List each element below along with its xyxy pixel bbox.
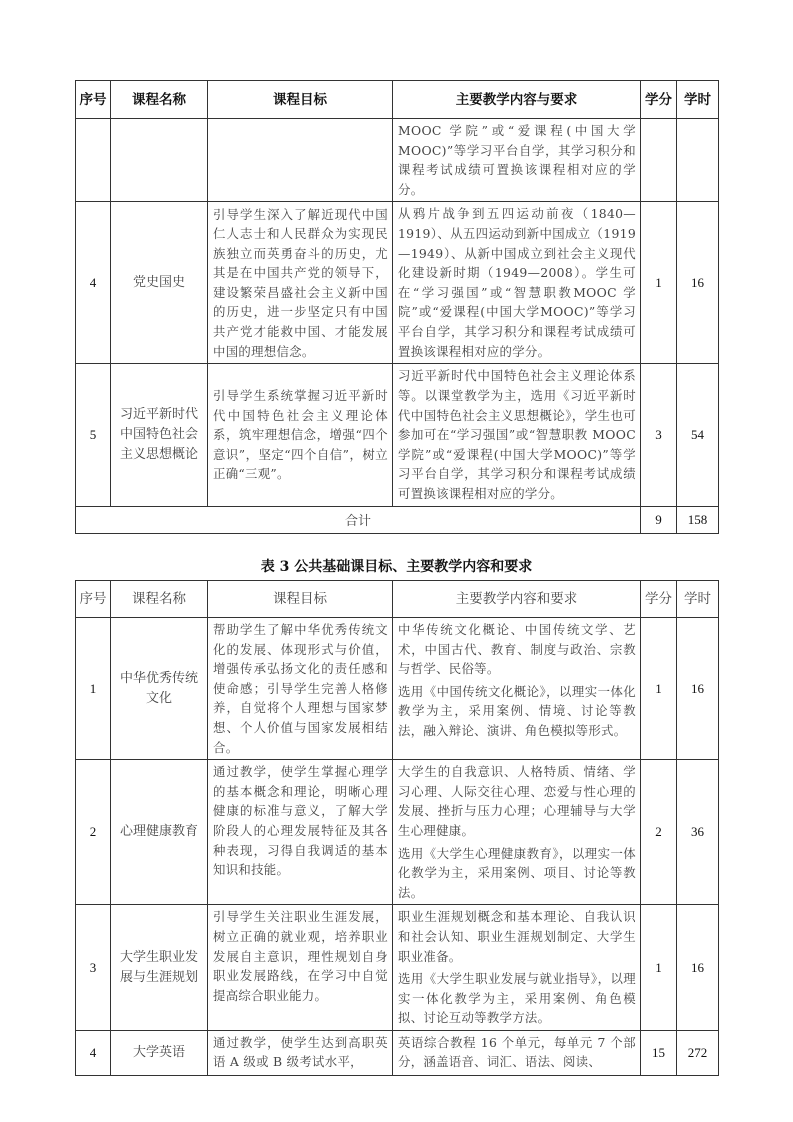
cell-seq: 1 (76, 618, 111, 760)
total-hours: 158 (677, 506, 719, 533)
table-row: 4 大学英语 通过教学，使学生达到高职英语 A 级或 B 级考试水平， 英语综合… (76, 1030, 719, 1075)
content-paragraph: 职业生涯规划概念和基本理论、自我认识和社会认知、职业生涯规划制定、大学生职业准备… (398, 907, 636, 966)
cell-content: 大学生的自我意识、人格特质、情绪、学习心理、人际交往心理、恋爱与性心理的发展、挫… (393, 760, 641, 905)
table-row: 2 心理健康教育 通过教学，使学生掌握心理学的基本概念和理论，明晰心理健康的标准… (76, 760, 719, 905)
cell-seq: 5 (76, 364, 111, 506)
cell-course-name: 党史国史 (111, 202, 208, 364)
cell-hours: 16 (677, 905, 719, 1031)
cell-course-goal: 引导学生关注职业生涯发展，树立正确的就业观，培养职业发展自主意识，理性规划自身职… (208, 905, 393, 1031)
table-caption: 表 3 公共基础课目标、主要教学内容和要求 (0, 556, 793, 576)
table-row: 5 习近平新时代中国特色社会主义思想概论 引导学生系统掌握习近平新时代中国特色社… (76, 364, 719, 506)
cell-content: MOOC 学院”或“爱课程(中国大学MOOC)”等学习平台自学，其学习积分和课程… (393, 119, 641, 202)
cell-hours: 36 (677, 760, 719, 905)
cell-credit: 15 (641, 1030, 677, 1075)
table-course-goals-continued: 序号 课程名称 课程目标 主要教学内容与要求 学分 学时 MOOC 学院”或“爱… (75, 80, 719, 534)
header-seq: 序号 (76, 81, 111, 119)
cell-course-name: 大学生职业发展与生涯规划 (111, 905, 208, 1031)
header-hours: 学时 (677, 581, 719, 618)
cell-seq: 3 (76, 905, 111, 1031)
table-row: 3 大学生职业发展与生涯规划 引导学生关注职业生涯发展，树立正确的就业观，培养职… (76, 905, 719, 1031)
cell-seq: 4 (76, 1030, 111, 1075)
cell-seq: 4 (76, 202, 111, 364)
table-header-row: 序号 课程名称 课程目标 主要教学内容和要求 学分 学时 (76, 581, 719, 618)
cell-course-goal: 通过教学，使学生达到高职英语 A 级或 B 级考试水平， (208, 1030, 393, 1075)
table-total-row: 合计 9 158 (76, 506, 719, 533)
total-label: 合计 (76, 506, 641, 533)
header-course-name: 课程名称 (111, 81, 208, 119)
table-header-row: 序号 课程名称 课程目标 主要教学内容与要求 学分 学时 (76, 81, 719, 119)
content-paragraph: 中华传统文化概论、中国传统文学、艺术，中国古代、教育、制度与政治、宗教与哲学、民… (398, 620, 636, 679)
cell-seq: 2 (76, 760, 111, 905)
content-paragraph: 选用《大学生职业发展与就业指导》，以理实一体化教学为主，采用案例、角色模拟、讨论… (398, 969, 636, 1028)
cell-course-goal: 帮助学生了解中华优秀传统文化的发展、体现形式与价值，增强传承弘扬文化的责任感和使… (208, 618, 393, 760)
cell-course-goal: 引导学生深入了解近现代中国仁人志士和人民群众为实现民族独立而英勇奋斗的历史，尤其… (208, 202, 393, 364)
cell-course-name (111, 119, 208, 202)
content-paragraph: 英语综合教程 16 个单元，每单元 7 个部分，涵盖语音、词汇、语法、阅读、 (398, 1033, 636, 1072)
header-seq: 序号 (76, 581, 111, 618)
cell-course-name: 大学英语 (111, 1030, 208, 1075)
cell-content: 英语综合教程 16 个单元，每单元 7 个部分，涵盖语音、词汇、语法、阅读、 (393, 1030, 641, 1075)
cell-credit (641, 119, 677, 202)
cell-course-name: 习近平新时代中国特色社会主义思想概论 (111, 364, 208, 506)
cell-hours: 16 (677, 618, 719, 760)
total-credit: 9 (641, 506, 677, 533)
table-public-basic-courses: 序号 课程名称 课程目标 主要教学内容和要求 学分 学时 1 中华优秀传统文化 … (75, 580, 719, 1076)
header-hours: 学时 (677, 81, 719, 119)
cell-course-goal (208, 119, 393, 202)
header-course-goal: 课程目标 (208, 81, 393, 119)
table-row: 4 党史国史 引导学生深入了解近现代中国仁人志士和人民群众为实现民族独立而英勇奋… (76, 202, 719, 364)
header-course-name: 课程名称 (111, 581, 208, 618)
cell-credit: 1 (641, 905, 677, 1031)
header-credit: 学分 (641, 581, 677, 618)
header-content: 主要教学内容和要求 (393, 581, 641, 618)
cell-hours: 272 (677, 1030, 719, 1075)
header-course-goal: 课程目标 (208, 581, 393, 618)
cell-credit: 3 (641, 364, 677, 506)
cell-course-name: 心理健康教育 (111, 760, 208, 905)
cell-content: 从鸦片战争到五四运动前夜（1840—1919）、从五四运动到新中国成立（1919… (393, 202, 641, 364)
content-paragraph: 选用《中国传统文化概论》，以理实一体化教学为主，采用案例、情境、讨论等教法，融入… (398, 682, 636, 741)
cell-credit: 2 (641, 760, 677, 905)
cell-content: 习近平新时代中国特色社会主义理论体系等。以课堂教学为主，选用《习近平新时代中国特… (393, 364, 641, 506)
cell-hours (677, 119, 719, 202)
cell-credit: 1 (641, 618, 677, 760)
cell-content: 职业生涯规划概念和基本理论、自我认识和社会认知、职业生涯规划制定、大学生职业准备… (393, 905, 641, 1031)
content-paragraph: 选用《大学生心理健康教育》，以理实一体化教学为主，采用案例、项目、讨论等教法。 (398, 844, 636, 903)
cell-hours: 54 (677, 364, 719, 506)
table-row-continuation: MOOC 学院”或“爱课程(中国大学MOOC)”等学习平台自学，其学习积分和课程… (76, 119, 719, 202)
header-credit: 学分 (641, 81, 677, 119)
cell-hours: 16 (677, 202, 719, 364)
table-row: 1 中华优秀传统文化 帮助学生了解中华优秀传统文化的发展、体现形式与价值，增强传… (76, 618, 719, 760)
cell-content: 中华传统文化概论、中国传统文学、艺术，中国古代、教育、制度与政治、宗教与哲学、民… (393, 618, 641, 760)
cell-course-goal: 通过教学，使学生掌握心理学的基本概念和理论，明晰心理健康的标准与意义，了解大学阶… (208, 760, 393, 905)
cell-course-name: 中华优秀传统文化 (111, 618, 208, 760)
cell-course-goal: 引导学生系统掌握习近平新时代中国特色社会主义理论体系，筑牢理想信念，增强“四个意… (208, 364, 393, 506)
header-content: 主要教学内容与要求 (393, 81, 641, 119)
cell-credit: 1 (641, 202, 677, 364)
content-paragraph: 大学生的自我意识、人格特质、情绪、学习心理、人际交往心理、恋爱与性心理的发展、挫… (398, 762, 636, 840)
cell-seq (76, 119, 111, 202)
